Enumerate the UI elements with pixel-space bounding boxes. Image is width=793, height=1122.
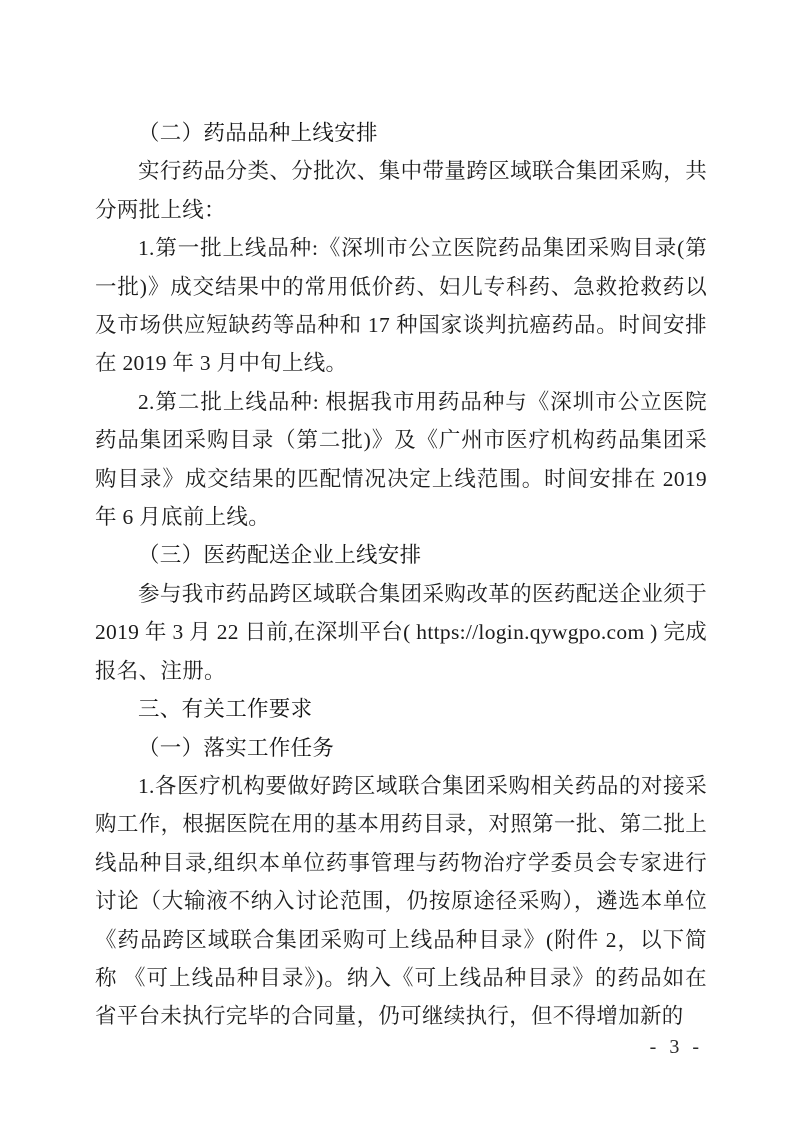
document-page: （二）药品品种上线安排 实行药品分类、分批次、集中带量跨区域联合集团采购，共分两… [0, 0, 793, 1122]
paragraph-second-batch: 2.第二批上线品种: 根据我市用药品种与《深圳市公立医院药品集团采购目录（第二批… [95, 383, 707, 537]
paragraph-first-batch: 1.第一批上线品种:《深圳市公立医院药品集团采购目录(第一批)》成交结果中的常用… [95, 229, 707, 383]
paragraph-procurement-intro: 实行药品分类、分批次、集中带量跨区域联合集团采购，共分两批上线： [95, 152, 707, 229]
section-heading-drug-variety-launch: （二）药品品种上线安排 [95, 114, 707, 152]
paragraph-distribution-registration: 参与我市药品跨区域联合集团采购改革的医药配送企业须于 2019 年 3 月 22… [95, 575, 707, 690]
document-body: （二）药品品种上线安排 实行药品分类、分批次、集中带量跨区域联合集团采购，共分两… [95, 114, 707, 1036]
page-number: - 3 - [650, 1036, 703, 1059]
section-heading-distribution-enterprise-launch: （三）医药配送企业上线安排 [95, 536, 707, 574]
paragraph-medical-institution-tasks: 1.各医疗机构要做好跨区域联合集团采购相关药品的对接采购工作，根据医院在用的基本… [95, 767, 707, 1036]
chapter-heading-work-requirements: 三、有关工作要求 [95, 690, 707, 728]
section-heading-implement-tasks: （一）落实工作任务 [95, 729, 707, 767]
